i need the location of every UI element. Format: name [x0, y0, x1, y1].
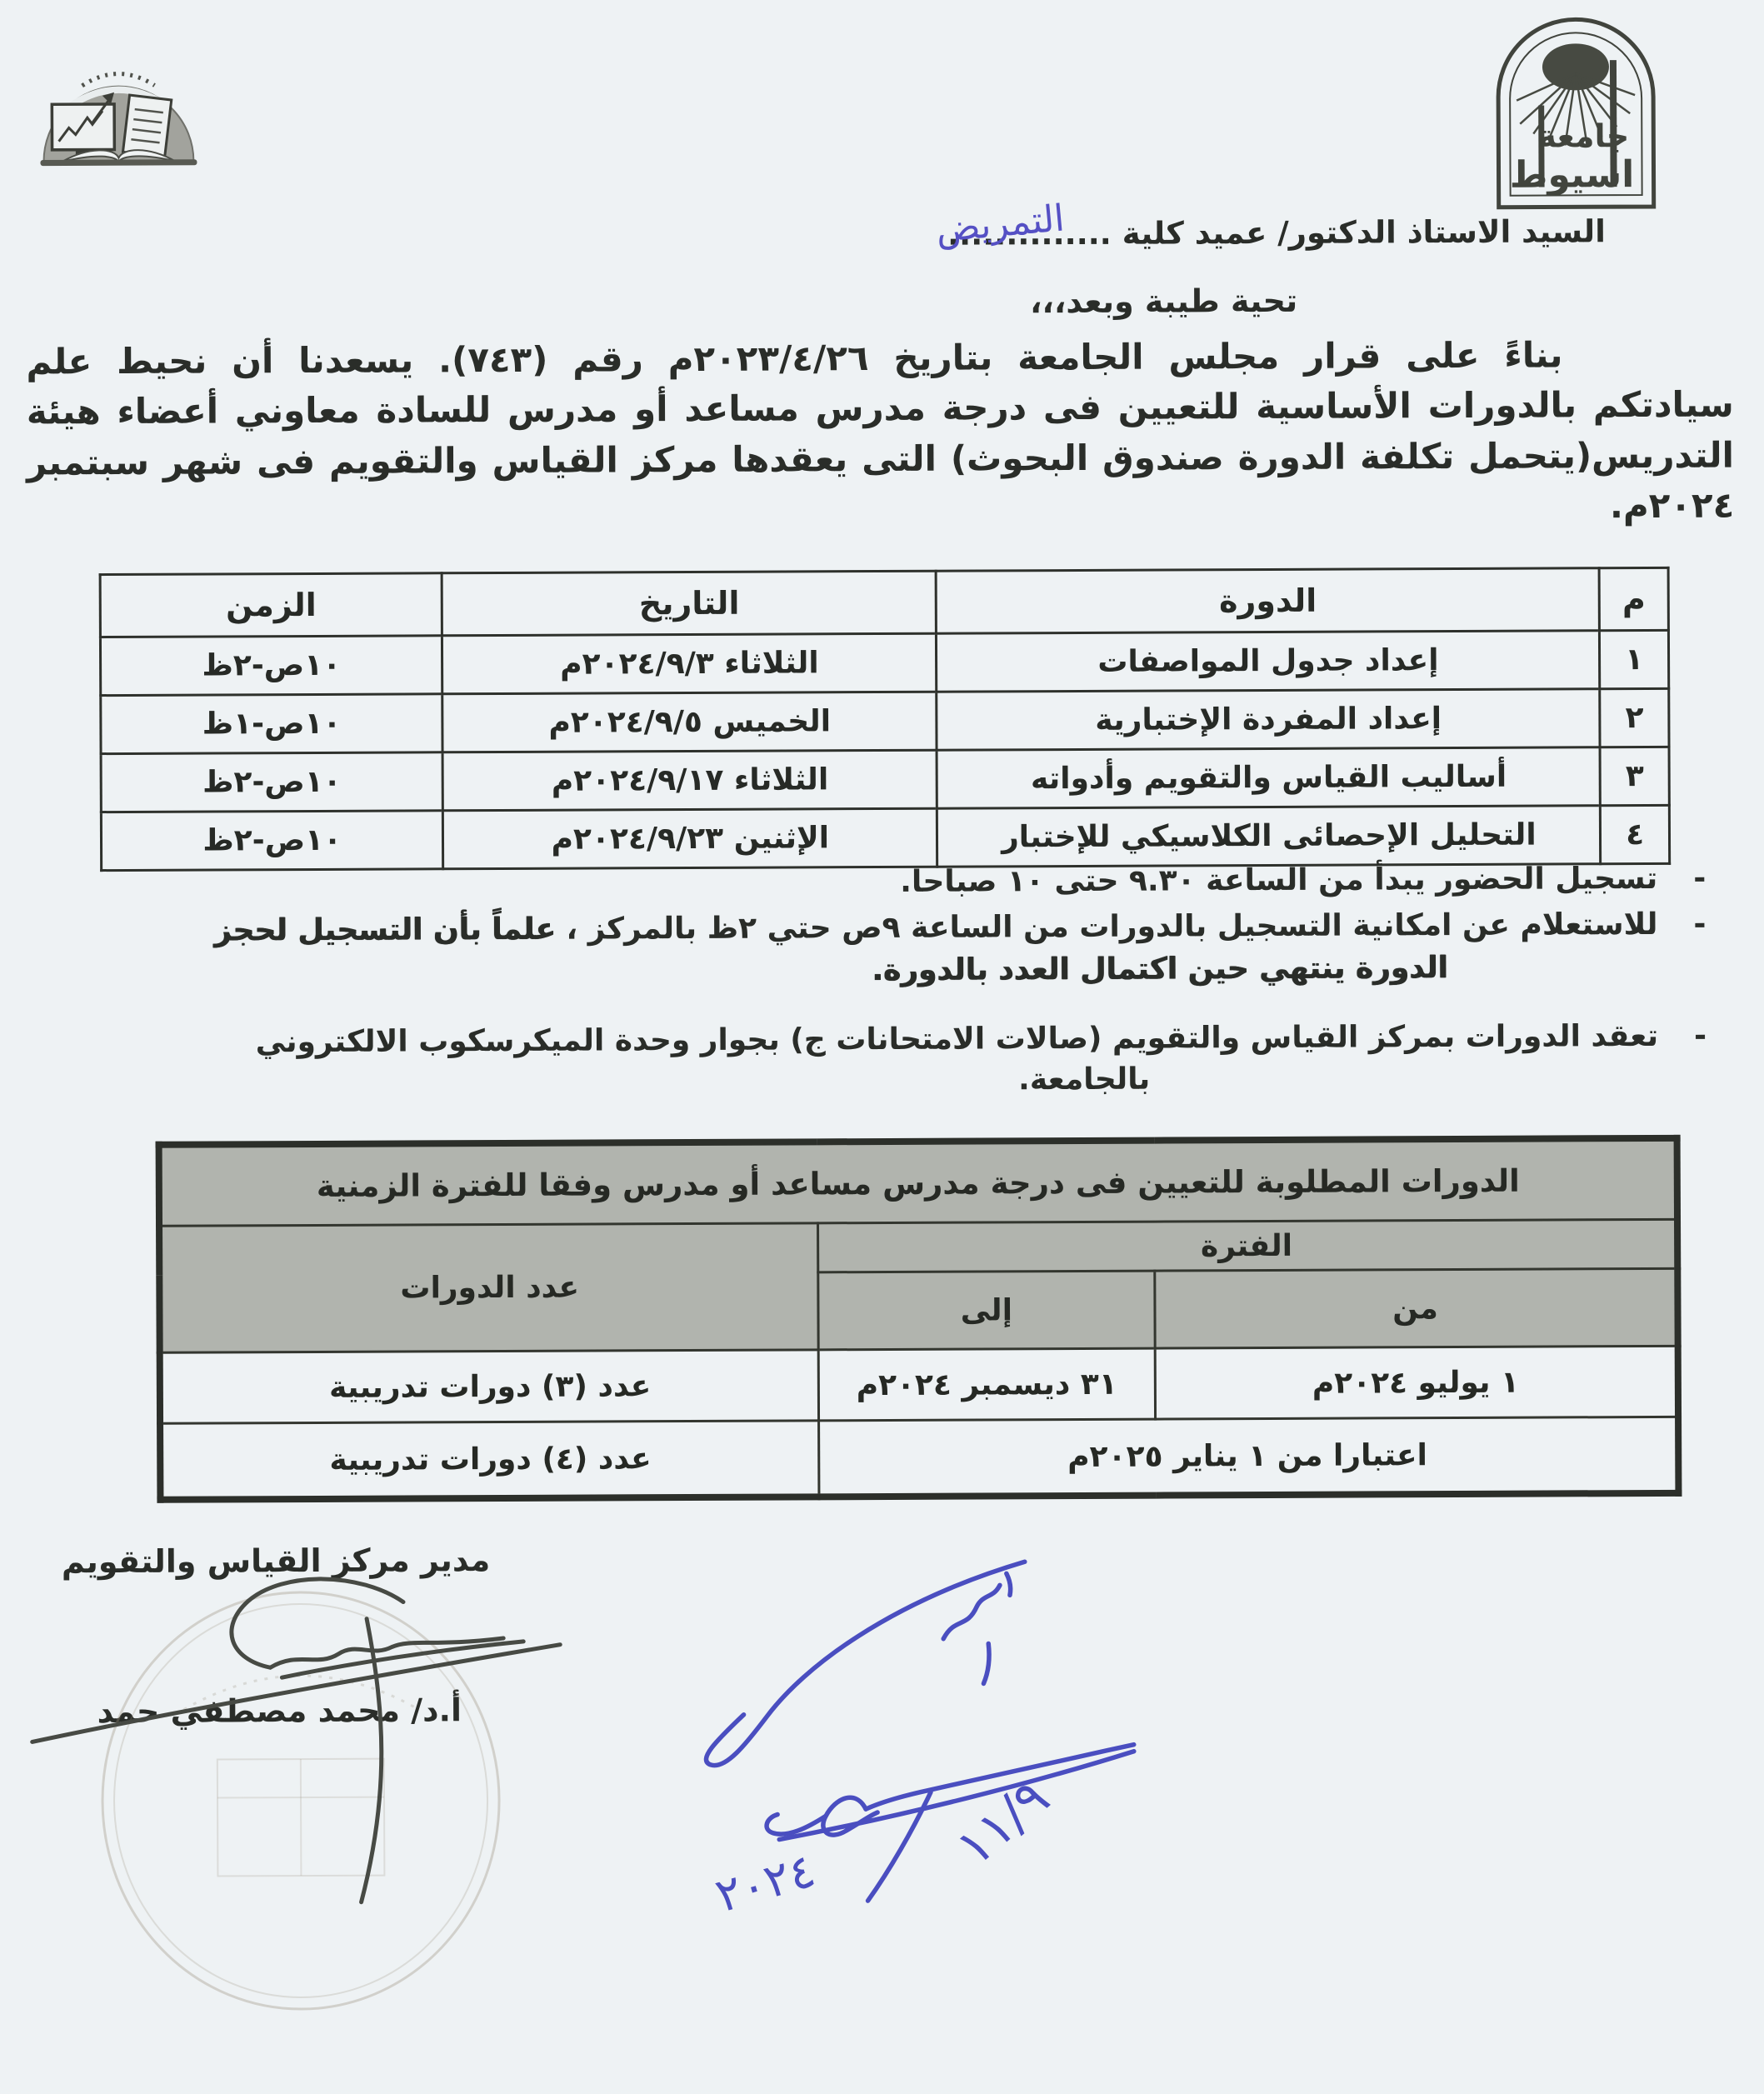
header-date: التاريخ — [442, 571, 936, 636]
measurement-center-logo-icon — [38, 33, 199, 187]
director-signature — [27, 1565, 587, 1934]
note-attendance: - تسجيل الحضور يبدأ من الساعة ٩.٣٠ حتى ١… — [55, 862, 1706, 903]
university-name-line2: اسيوط — [1510, 153, 1635, 197]
cell-from: ١ يوليو ٢٠٢٤م — [1155, 1346, 1678, 1419]
cell-date: الخميس ٢٠٢٤/٩/٥م — [442, 692, 937, 752]
note-location-line2: بالجامعة. — [56, 1062, 1150, 1102]
cell-from-to-merged: اعتبارا من ١ يناير ٢٠٢٥م — [818, 1417, 1678, 1497]
note-location: - تعقد الدورات بمركز القياس والتقويم (صا… — [56, 1019, 1707, 1102]
cell-date: الثلاثاء ٢٠٢٤/٩/٣م — [442, 633, 937, 694]
cell-time: ١٠ص-٢ظ — [100, 636, 442, 696]
periods-table-title: الدورات المطلوبة للتعيين فى درجة مدرس مس… — [159, 1138, 1677, 1226]
cell-course: التحليل الإحصائى الكلاسيكي للإختبار — [937, 806, 1601, 867]
scan-content: جامعة اسيوط السيد الاستاذ الدكتور/ عميد … — [0, 0, 1764, 2094]
courses-table-header: م الدورة التاريخ الزمن — [100, 567, 1668, 637]
document-icon — [122, 95, 171, 157]
cell-num: ٢ — [1600, 688, 1669, 747]
table-row: ١ يوليو ٢٠٢٤م ٣١ ديسمبر ٢٠٢٤م عدد (٣) دو… — [160, 1346, 1678, 1423]
period-header: الفترة — [817, 1219, 1677, 1272]
courses-table-body: ١ إعداد جدول المواصفات الثلاثاء ٢٠٢٤/٩/٣… — [100, 630, 1669, 870]
cell-time: ١٠ص-٢ظ — [101, 752, 443, 812]
from-header: من — [1155, 1268, 1678, 1348]
cell-time: ١٠ص-٢ظ — [101, 811, 443, 871]
cell-num: ٤ — [1601, 805, 1670, 863]
body-paragraph: بناءً على قرار مجلس الجامعة بتاريخ ٢٠٢٣/… — [26, 330, 1734, 539]
cell-date: الثلاثاء ٢٠٢٤/٩/١٧م — [442, 750, 937, 811]
greeting-line: تحية طيبة وبعد،،، — [1030, 282, 1297, 320]
cell-num: ٣ — [1600, 747, 1669, 805]
note-registration-line2: الدورة ينتهي حين اكتمال العدد بالدورة. — [56, 951, 1448, 991]
note-attendance-text: تسجيل الحضور يبدأ من الساعة ٩.٣٠ حتى ١٠ … — [55, 862, 1657, 902]
handwritten-blue-annotation: ١١/٩ ٢٠٢٤ — [662, 1536, 1197, 1922]
note-registration: - للاستعلام عن امكانية التسجيل بالدورات … — [55, 907, 1707, 1027]
logo-arc-text-hint — [82, 73, 155, 86]
cell-to: ٣١ ديسمبر ٢٠٢٤م — [818, 1348, 1156, 1421]
dash-bullet: - — [1678, 1019, 1707, 1053]
dash-bullet: - — [1677, 907, 1706, 942]
cell-course: إعداد المفردة الإختبارية — [937, 689, 1600, 750]
handwritten-date-year: ٢٠٢٤ — [710, 1843, 822, 1922]
note-registration-normal: للاستعلام عن امكانية التسجيل بالدورات من… — [556, 907, 1658, 947]
table-row: اعتبارا من ١ يناير ٢٠٢٥م عدد (٤) دورات ت… — [160, 1417, 1678, 1499]
cell-time: ١٠ص-١ظ — [101, 694, 443, 754]
dash-bullet: - — [1677, 862, 1706, 896]
cell-num: ١ — [1600, 630, 1669, 688]
table-row: ٣ أساليب القياس والتقويم وأدواته الثلاثا… — [101, 747, 1669, 812]
periods-table: الدورات المطلوبة للتعيين فى درجة مدرس مس… — [156, 1135, 1682, 1503]
addressee-text: السيد الاستاذ الدكتور/ عميد كلية — [1122, 213, 1606, 252]
table-row: ١ إعداد جدول المواصفات الثلاثاء ٢٠٢٤/٩/٣… — [100, 630, 1668, 695]
note-location-line1: تعقد الدورات بمركز القياس والتقويم (صالا… — [56, 1019, 1658, 1060]
header-course: الدورة — [936, 568, 1599, 633]
cell-course: أساليب القياس والتقويم وأدواته — [937, 747, 1600, 808]
courses-table: م الدورة التاريخ الزمن ١ إعداد جدول المو… — [99, 567, 1672, 872]
note-registration-line1: للاستعلام عن امكانية التسجيل بالدورات من… — [55, 907, 1657, 948]
note-registration-strong: علماً بأن التسجيل لحجز — [214, 912, 556, 948]
table-row: ٤ التحليل الإحصائى الكلاسيكي للإختبار ال… — [101, 805, 1669, 870]
cell-count: عدد (٣) دورات تدريبية — [160, 1350, 819, 1423]
monitor-icon — [52, 104, 114, 150]
count-header: عدد الدورات — [159, 1223, 818, 1352]
table-row: ٢ إعداد المفردة الإختبارية الخميس ٢٠٢٤/٩… — [101, 688, 1669, 753]
university-name-line1: جامعة — [1537, 117, 1629, 154]
cell-date: الإثنين ٢٠٢٤/٩/٢٣م — [443, 808, 937, 869]
to-header: إلى — [817, 1271, 1155, 1350]
addressee-line: السيد الاستاذ الدكتور/ عميد كلية .......… — [947, 213, 1606, 252]
scanned-letter-page: جامعة اسيوط السيد الاستاذ الدكتور/ عميد … — [0, 0, 1764, 2094]
header-num: م — [1599, 567, 1668, 630]
cell-course: إعداد جدول المواصفات — [937, 631, 1600, 692]
logo-base-line — [40, 159, 197, 166]
cell-count: عدد (٤) دورات تدريبية — [160, 1421, 819, 1500]
notes-list: - تسجيل الحضور يبدأ من الساعة ٩.٣٠ حتى ١… — [55, 862, 1707, 1102]
university-logo-icon: جامعة اسيوط — [1485, 13, 1667, 214]
header-time: الزمن — [100, 573, 442, 637]
